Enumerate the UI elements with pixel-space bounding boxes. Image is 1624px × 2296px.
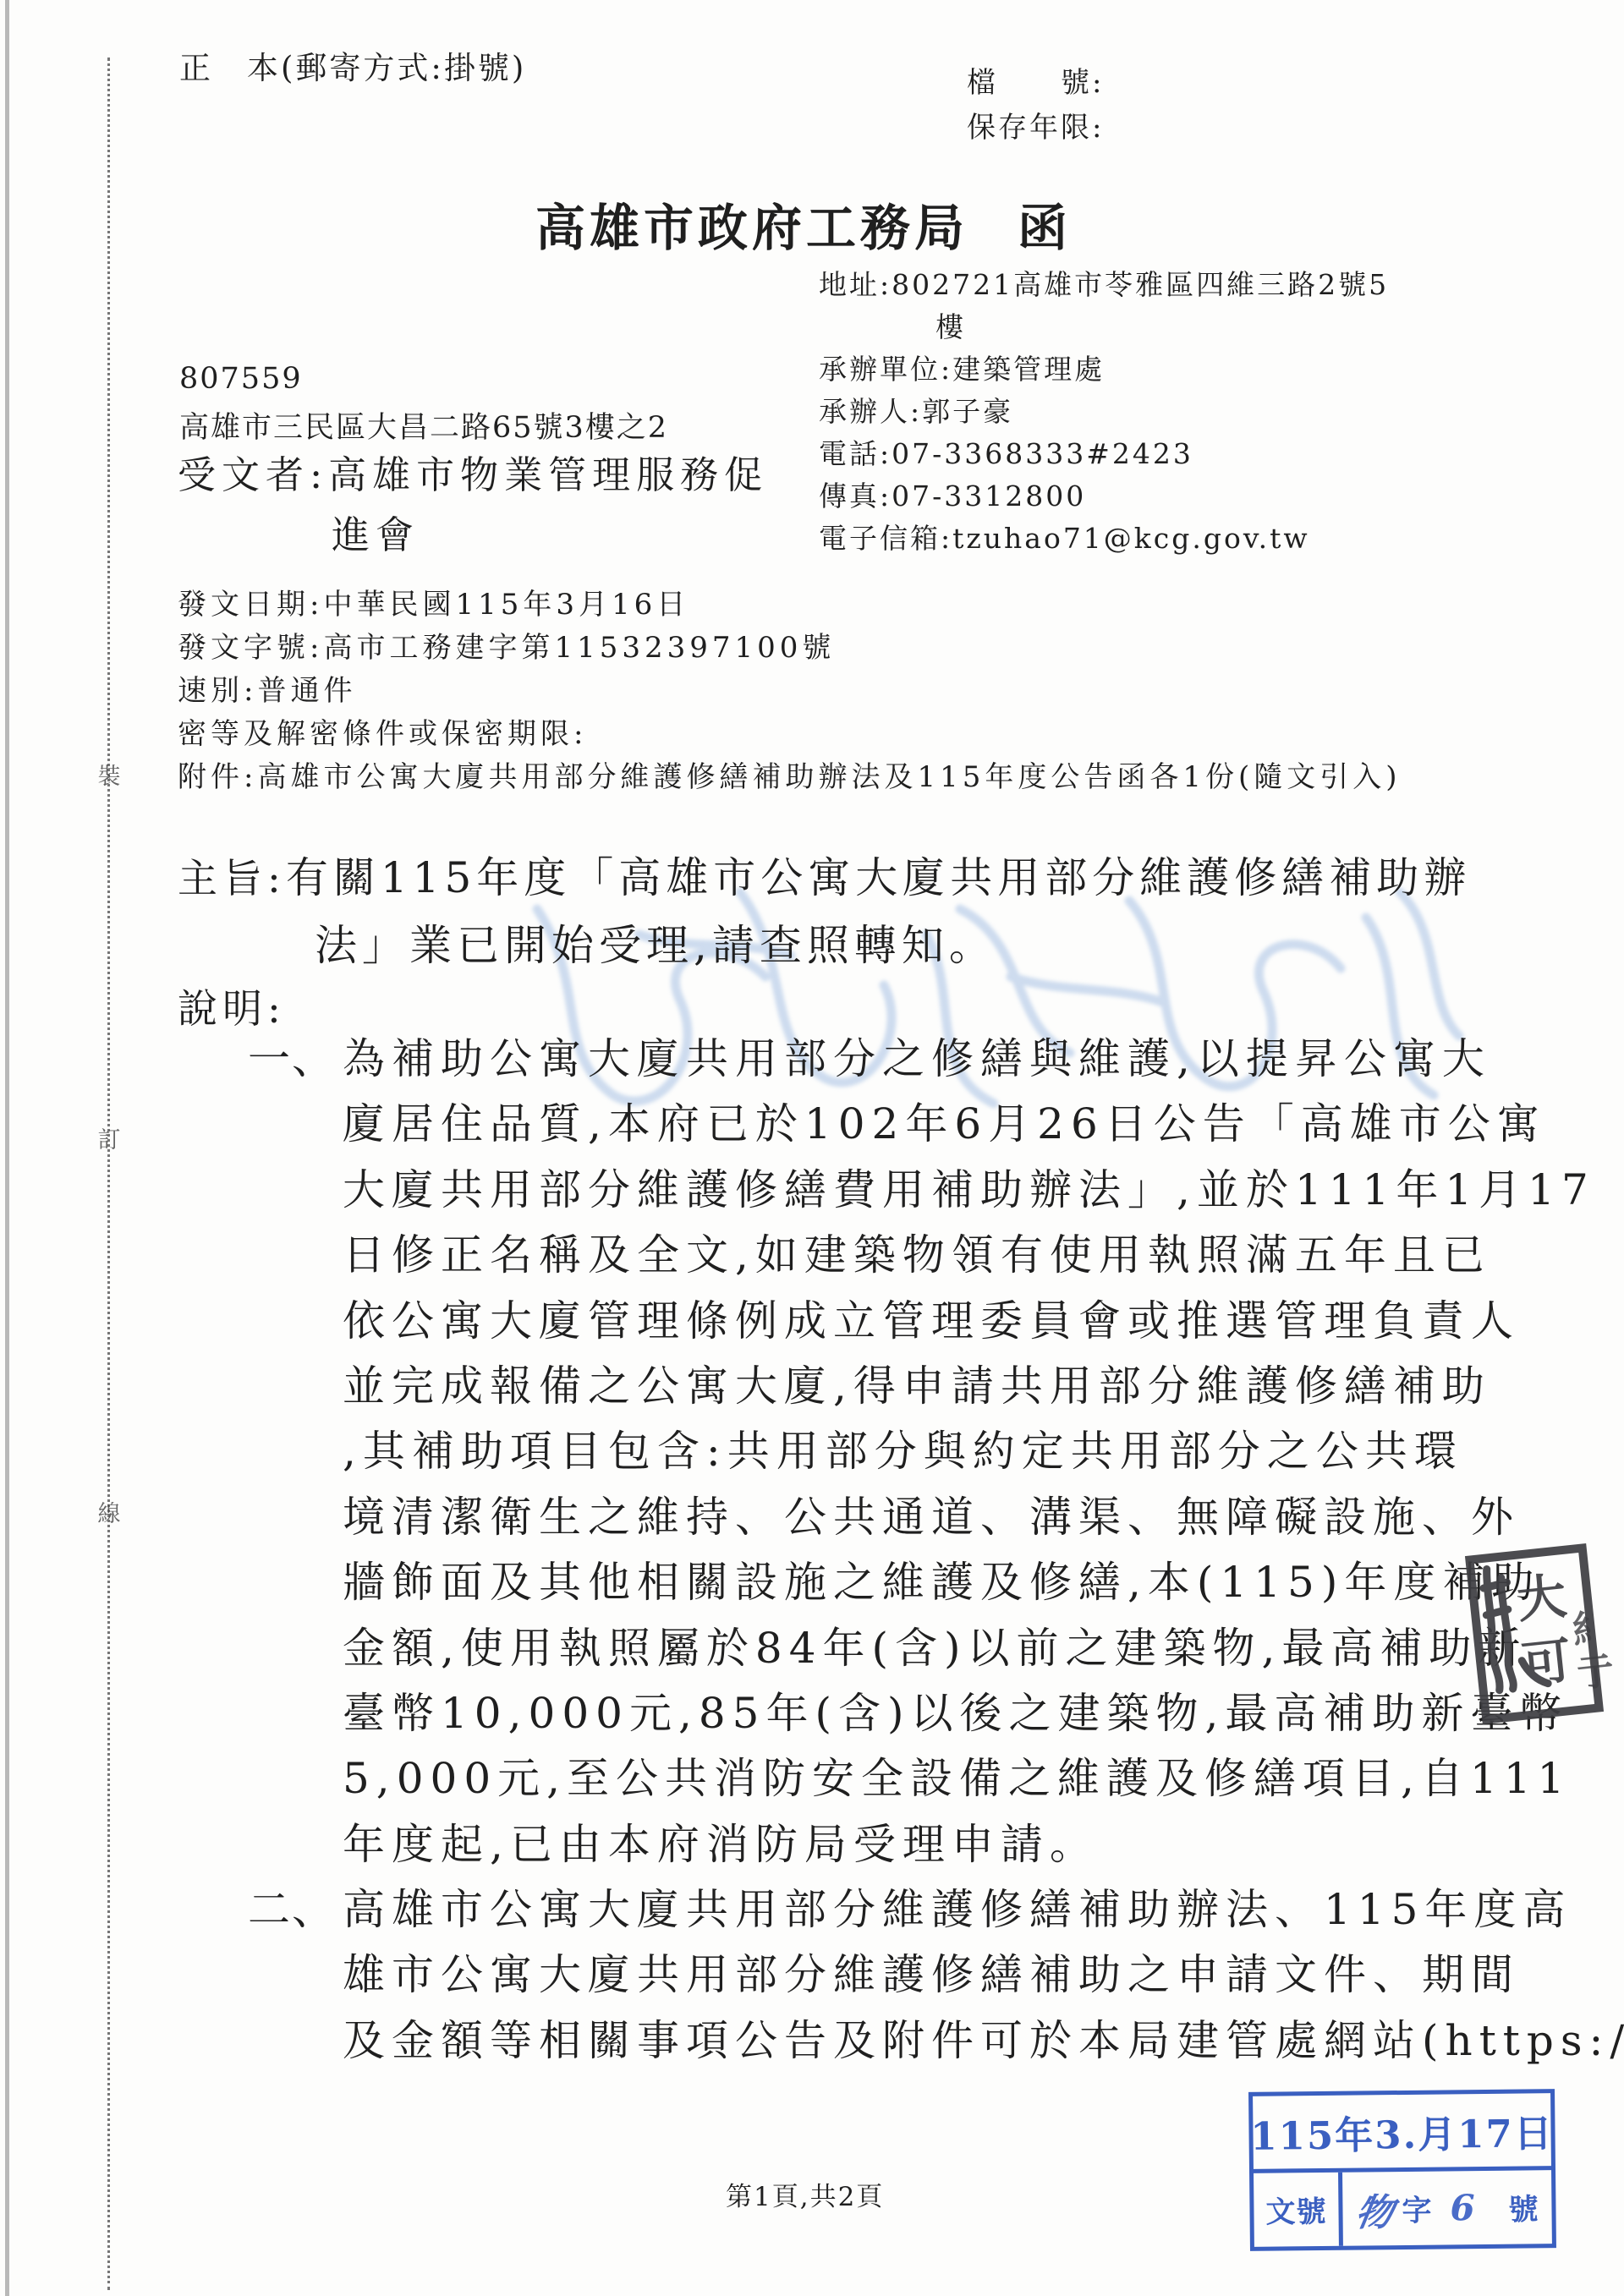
seal-char-2: 可: [1518, 1620, 1574, 1696]
binding-char-zhuang: 裝: [91, 758, 127, 791]
body-line: 廈居住品質,本府已於102年6月26日公告「高雄市公寓: [248, 1092, 1624, 1157]
received-date-stamp: 115年3.月17日 文號 物 字 6 號: [1248, 2089, 1556, 2251]
email-address: 電子信箱:tzuhao71@kcg.gov.tw: [819, 518, 1389, 560]
subject-label: 主旨:: [178, 856, 286, 902]
subject-text: 有關115年度「高雄市公寓大廈共用部分維護修繕補助辦: [286, 853, 1471, 902]
document-number: 發文字號:高市工務建字第11532397100號: [178, 627, 1402, 670]
phone-number: 電話:07-3368333#2423: [819, 433, 1389, 475]
body-line-text: 為補助公寓大廈共用部分之修繕與維護,以提昇公寓大: [343, 1034, 1491, 1083]
seal-cutoff-fragment: 糹亍: [1570, 1604, 1624, 1701]
binding-char-xian: 線: [91, 1495, 127, 1528]
subject-line1: 主旨:有關115年度「高雄市公寓大廈共用部分維護修繕補助辦: [178, 844, 1471, 905]
document-type: 函: [1018, 199, 1072, 257]
doc-number-label: 文號: [1254, 2173, 1343, 2247]
item1-number: 一、: [248, 1027, 343, 1092]
body-line: 牆飾面及其他相關設施之維護及修繕,本(115)年度補助: [248, 1550, 1624, 1615]
scan-edge-artifact: [5, 0, 9, 2296]
recipient-address: 高雄市三民區大昌二路65號3樓之2: [179, 404, 668, 447]
body-line: 5,000元,至公共消防安全設備之維護及修繕項目,自111: [248, 1746, 1624, 1811]
binding-dotted-line: [107, 58, 110, 2290]
file-number-block: 檔 號: 保存年限:: [967, 61, 1104, 151]
handwritten-char: 物: [1352, 2182, 1398, 2237]
sender-address-line1: 地址:802721高雄市苓雅區四維三路2號5: [819, 264, 1389, 306]
recipient-line2: 進會: [332, 504, 420, 559]
explanation-body: 一、為補助公寓大廈共用部分之修繕與維護,以提昇公寓大 廈居住品質,本府已於102…: [248, 1027, 1624, 2074]
official-letter-page: 裝 訂 線 正 本(郵寄方式:掛號) 檔 號: 保存年限: 高雄市政府工務局函 …: [0, 0, 1624, 2296]
body-line: 臺幣10,000元,85年(含)以後之建築物,最高補助新臺幣: [248, 1681, 1624, 1746]
document-title: 高雄市政府工務局函: [535, 188, 1072, 260]
doc-number-value: 物 字 6 號: [1342, 2170, 1552, 2246]
body-line: 一、為補助公寓大廈共用部分之修繕與維護,以提昇公寓大: [248, 1027, 1624, 1092]
sender-address-line2: 樓: [819, 306, 1389, 348]
body-line: 日修正名稱及全文,如建築物領有使用執照滿五年且已: [248, 1223, 1624, 1288]
handling-person: 承辦人:郭子豪: [819, 391, 1389, 433]
fax-number: 傳真:07-3312800: [819, 475, 1389, 518]
body-line: 二、高雄市公寓大廈共用部分維護修繕補助辦法、115年度高: [248, 1877, 1624, 1943]
subject-line2: 法」業已開始受理,請查照轉知。: [315, 912, 996, 973]
copy-type-label: 正 本(郵寄方式:掛號): [179, 42, 526, 88]
page-footer: 第1頁,共2頁: [726, 2175, 884, 2213]
body-line: 並完成報備之公寓大廈,得申請共用部分維護修繕補助: [248, 1354, 1624, 1419]
attachment-note: 附件:高雄市公寓大廈共用部分維護修繕補助辦法及115年度公告函各1份(隨文引入): [178, 756, 1402, 799]
explanation-label: 說明:: [178, 978, 286, 1034]
received-date: 115年3.月17日: [1253, 2093, 1551, 2173]
body-line: 雄市公寓大廈共用部分維護修繕補助之申請文件、期間: [248, 1943, 1624, 2008]
agency-name: 高雄市政府工務局: [535, 199, 968, 257]
stamp-char-hao: 號: [1508, 2186, 1539, 2228]
body-line: 及金額等相關事項公告及附件可於本局建管處網站(https:/: [248, 2008, 1624, 2074]
speed-class: 速別:普通件: [178, 670, 1402, 713]
body-line: 年度起,已由本府消防局受理申請。: [248, 1812, 1624, 1877]
file-number-label: 檔 號:: [967, 61, 1104, 106]
received-number-row: 文號 物 字 6 號: [1254, 2170, 1552, 2247]
security-class: 密等及解密條件或保密期限:: [178, 713, 1402, 756]
sender-contact-block: 地址:802721高雄市苓雅區四維三路2號5 樓 承辦單位:建築管理處 承辦人:…: [819, 264, 1389, 560]
document-meta-block: 發文日期:中華民國115年3月16日 發文字號:高市工務建字第115323971…: [178, 584, 1402, 799]
retention-period-label: 保存年限:: [967, 106, 1104, 151]
issue-date: 發文日期:中華民國115年3月16日: [178, 584, 1402, 627]
handwritten-number: 6: [1450, 2187, 1475, 2228]
recipient-postal-code: 807559: [179, 362, 303, 396]
stamp-char-zi: 字: [1402, 2187, 1432, 2229]
item2-number: 二、: [248, 1877, 343, 1943]
handling-unit: 承辦單位:建築管理處: [819, 348, 1389, 391]
body-line: 依公寓大廈管理條例成立管理委員會或推選管理負責人: [248, 1289, 1624, 1354]
body-line: ,其補助項目包含:共用部分與約定共用部分之公共環: [248, 1419, 1624, 1484]
body-line-text: 高雄市公寓大廈共用部分維護修繕補助辦法、115年度高: [343, 1885, 1572, 1934]
body-line: 境清潔衛生之維持、公共通道、溝渠、無障礙設施、外: [248, 1485, 1624, 1550]
body-line: 金額,使用執照屬於84年(含)以前之建築物,最高補助新: [248, 1616, 1624, 1681]
body-line: 大廈共用部分維護修繕費用補助辦法」,並於111年1月17: [248, 1158, 1624, 1223]
binding-char-ding: 訂: [91, 1121, 127, 1154]
recipient-line1: 受文者:高雄市物業管理服務促: [178, 444, 768, 499]
